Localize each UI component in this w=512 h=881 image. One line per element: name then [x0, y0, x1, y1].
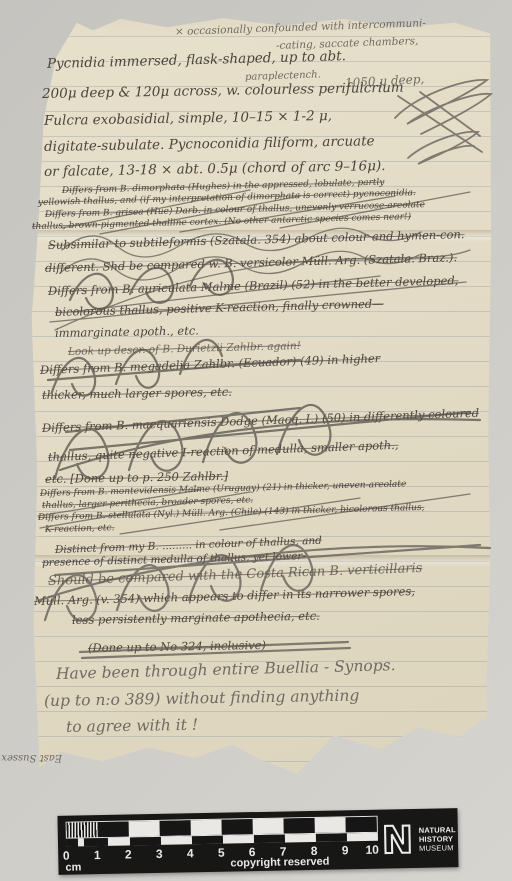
nhm-text-line: MUSEUM: [419, 843, 456, 853]
pencil-conclusion: to agree with it !: [66, 716, 198, 736]
ruler-number: 2: [120, 847, 136, 861]
mm-ticks: [67, 822, 98, 838]
copyright-label: copyright reserved: [230, 856, 329, 870]
ruler-number: 5: [213, 846, 229, 860]
nhm-n-icon: N: [378, 814, 418, 865]
svg-text:N: N: [381, 818, 413, 863]
nhm-logo-text: NATURAL HISTORY MUSEUM: [419, 825, 457, 853]
nhm-text-line: NATURAL: [419, 825, 456, 835]
struck-line: K-reaction, etc.: [45, 523, 115, 535]
nhm-logo: N NATURAL HISTORY MUSEUM: [377, 812, 456, 865]
manuscript-line: immarginate apoth., etc.: [55, 323, 199, 340]
scale-bar: 0 1 2 3 4 5 6 7 8 9 10 cm copyright rese…: [57, 808, 458, 875]
ruler-number: 9: [337, 843, 353, 857]
ruler-number: 4: [182, 846, 198, 860]
photo-stage: × occasionally confounded with intercomm…: [0, 0, 512, 881]
upside-down-note: East Sussex: [1, 752, 62, 763]
cm-unit-label: cm: [65, 861, 81, 873]
ruler-number: 1: [89, 848, 105, 862]
ruler-number: 3: [151, 847, 167, 861]
nhm-text-line: HISTORY: [419, 834, 456, 844]
